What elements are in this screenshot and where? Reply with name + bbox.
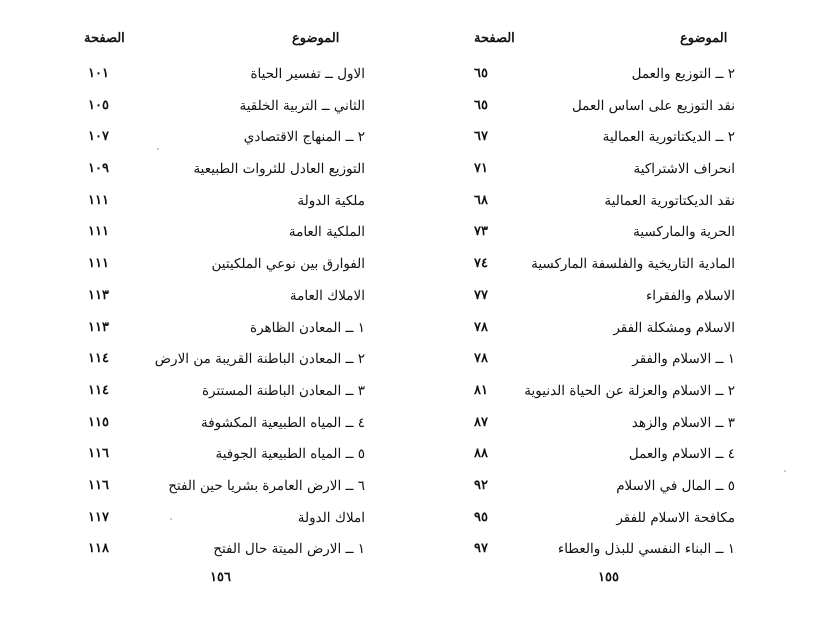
toc-entry: الفوارق بين نوعي الملكيتين١١١ (70, 252, 370, 284)
entry-page: ١١٣ (88, 316, 109, 340)
entry-page: ٦٥ (474, 62, 488, 86)
entry-topic: انحراف الاشتراكية (634, 157, 735, 181)
toc-entry: ٤ ــ المياه الطبيعية المكشوفة١١٥ (70, 411, 370, 443)
entry-page: ١١٦ (88, 442, 109, 466)
scan-speck (157, 148, 159, 150)
toc-entry: نقد التوزيع على اساس العمل٦٥ (430, 94, 760, 126)
toc-entry: نقد الديكتاتورية العمالية٦٨ (430, 189, 760, 221)
scan-speck (170, 518, 172, 520)
entry-topic: المادية التاريخية والفلسفة الماركسية (531, 252, 735, 276)
entry-page: ١١١ (88, 252, 109, 276)
entry-topic: ٣ ــ المعادن الباطنة المستترة (202, 379, 365, 403)
entry-topic: الملكية العامة (289, 220, 365, 244)
entry-topic: ملكية الدولة (297, 189, 365, 213)
toc-entry: ٥ ــ المال في الاسلام٩٢ (430, 474, 760, 506)
toc-entry: ٤ ــ الاسلام والعمل٨٨ (430, 442, 760, 474)
entry-page: ٧٤ (474, 252, 488, 276)
header-page: الصفحة (84, 31, 125, 46)
entry-page: ٦٨ (474, 189, 488, 213)
toc-entry: ٥ ــ المياه الطبيعية الجوفية١١٦ (70, 442, 370, 474)
toc-entry: ١ ــ الارض الميتة حال الفتح١١٨ (70, 537, 370, 569)
entry-page: ١٠١ (88, 62, 109, 86)
entry-page: ١١٨ (88, 537, 109, 561)
entry-page: ٧٧ (474, 284, 488, 308)
scan-speck (784, 470, 786, 472)
entry-page: ٩٧ (474, 537, 488, 561)
entry-topic: الفوارق بين نوعي الملكيتين (211, 252, 365, 276)
entry-page: ٨١ (474, 379, 488, 403)
entry-page: ٩٥ (474, 506, 488, 530)
entry-page: ٧٣ (474, 220, 488, 244)
toc-entry: الاملاك العامة١١٣ (70, 284, 370, 316)
toc-entry: ١ ــ البناء النفسي للبذل والعطاء٩٧ (430, 537, 760, 569)
toc-entry: الاسلام والفقراء٧٧ (430, 284, 760, 316)
entry-topic: ٣ ــ الاسلام والزهد (632, 411, 735, 435)
toc-entry: الملكية العامة١١١ (70, 220, 370, 252)
toc-entry: ملكية الدولة١١١ (70, 189, 370, 221)
entry-topic: ١ ــ الاسلام والفقر (632, 347, 735, 371)
entry-topic: ٥ ــ المياه الطبيعية الجوفية (216, 442, 366, 466)
entry-page: ١٠٩ (88, 157, 109, 181)
page-number: ١٥٦ (210, 570, 231, 585)
entry-topic: الاول ــ تفسير الحياة (250, 62, 365, 86)
entry-page: ٧٨ (474, 347, 488, 371)
toc-entry: ٢ ــ الديكتاتورية العمالية٦٧ (430, 125, 760, 157)
toc-entry: الاول ــ تفسير الحياة١٠١ (70, 62, 370, 94)
entry-topic: ٢ ــ المنهاج الاقتصادي (244, 125, 365, 149)
toc-entry: ٢ ــ التوزيع والعمل٦٥ (430, 62, 760, 94)
entry-page: ٧٨ (474, 316, 488, 340)
entry-topic: نقد التوزيع على اساس العمل (572, 94, 735, 118)
toc-entry: ٦ ــ الارض العامرة بشريا حين الفتح١١٦ (70, 474, 370, 506)
entry-page: ١١١ (88, 220, 109, 244)
entry-page: ١١٤ (88, 379, 109, 403)
entry-topic: ٤ ــ الاسلام والعمل (629, 442, 735, 466)
entry-topic: نقد الديكتاتورية العمالية (604, 189, 735, 213)
entry-page: ١١٤ (88, 347, 109, 371)
entry-topic: الاسلام ومشكلة الفقر (613, 316, 735, 340)
toc-page-155: الموضوع الصفحة ٢ ــ التوزيع والعمل٦٥ نقد… (430, 0, 760, 639)
toc-entry: ٢ ــ المنهاج الاقتصادي١٠٧ (70, 125, 370, 157)
entry-topic: ١ ــ البناء النفسي للبذل والعطاء (558, 537, 735, 561)
entry-page: ١١٣ (88, 284, 109, 308)
toc-page-156: الموضوع الصفحة الاول ــ تفسير الحياة١٠١ … (70, 0, 370, 639)
entry-page: ٩٢ (474, 474, 488, 498)
toc-entry: الثاني ــ التربية الخلقية١٠٥ (70, 94, 370, 126)
toc-entry: الاسلام ومشكلة الفقر٧٨ (430, 316, 760, 348)
entry-topic: ١ ــ المعادن الظاهرة (250, 316, 365, 340)
entry-topic: ٤ ــ المياه الطبيعية المكشوفة (201, 411, 365, 435)
toc-entry: املاك الدولة١١٧ (70, 506, 370, 538)
toc-entries: ٢ ــ التوزيع والعمل٦٥ نقد التوزيع على اس… (430, 62, 760, 569)
entry-page: ٦٥ (474, 94, 488, 118)
header-topic: الموضوع (680, 31, 727, 46)
entry-page: ١١٦ (88, 474, 109, 498)
entry-page: ٨٨ (474, 442, 488, 466)
entry-topic: الثاني ــ التربية الخلقية (240, 94, 366, 118)
entry-topic: املاك الدولة (298, 506, 365, 530)
entry-topic: الاملاك العامة (290, 284, 365, 308)
entry-topic: الحرية والماركسية (633, 220, 735, 244)
toc-entry: المادية التاريخية والفلسفة الماركسية٧٤ (430, 252, 760, 284)
entry-page: ١٠٧ (88, 125, 109, 149)
toc-entry: التوزيع العادل للثروات الطبيعية١٠٩ (70, 157, 370, 189)
toc-entry: ٢ ــ الاسلام والعزلة عن الحياة الدنيوية٨… (430, 379, 760, 411)
toc-entries: الاول ــ تفسير الحياة١٠١ الثاني ــ الترب… (70, 62, 370, 569)
toc-entry: ١ ــ المعادن الظاهرة١١٣ (70, 316, 370, 348)
entry-topic: ٢ ــ الاسلام والعزلة عن الحياة الدنيوية (524, 379, 735, 403)
page-number: ١٥٥ (598, 570, 619, 585)
toc-entry: مكافحة الاسلام للفقر٩٥ (430, 506, 760, 538)
entry-page: ٧١ (474, 157, 488, 181)
toc-entry: انحراف الاشتراكية٧١ (430, 157, 760, 189)
entry-topic: ٢ ــ التوزيع والعمل (632, 62, 735, 86)
entry-topic: ٢ ــ الديكتاتورية العمالية (603, 125, 735, 149)
toc-entry: ١ ــ الاسلام والفقر٧٨ (430, 347, 760, 379)
entry-page: ١٠٥ (88, 94, 109, 118)
toc-entry: الحرية والماركسية٧٣ (430, 220, 760, 252)
entry-page: ٨٧ (474, 411, 488, 435)
entry-topic: التوزيع العادل للثروات الطبيعية (193, 157, 365, 181)
entry-topic: الاسلام والفقراء (646, 284, 735, 308)
toc-entry: ٣ ــ المعادن الباطنة المستترة١١٤ (70, 379, 370, 411)
entry-page: ١١٥ (88, 411, 109, 435)
entry-page: ١١٧ (88, 506, 109, 530)
entry-topic: ٦ ــ الارض العامرة بشريا حين الفتح (168, 474, 365, 498)
header-page: الصفحة (474, 31, 515, 46)
entry-topic: ٥ ــ المال في الاسلام (616, 474, 735, 498)
entry-topic: مكافحة الاسلام للفقر (616, 506, 735, 530)
entry-page: ٦٧ (474, 125, 488, 149)
entry-topic: ٢ ــ المعادن الباطنة القريبة من الارض (155, 347, 365, 371)
header-topic: الموضوع (292, 31, 339, 46)
entry-topic: ١ ــ الارض الميتة حال الفتح (213, 537, 365, 561)
toc-entry: ٢ ــ المعادن الباطنة القريبة من الارض١١٤ (70, 347, 370, 379)
toc-entry: ٣ ــ الاسلام والزهد٨٧ (430, 411, 760, 443)
entry-page: ١١١ (88, 189, 109, 213)
